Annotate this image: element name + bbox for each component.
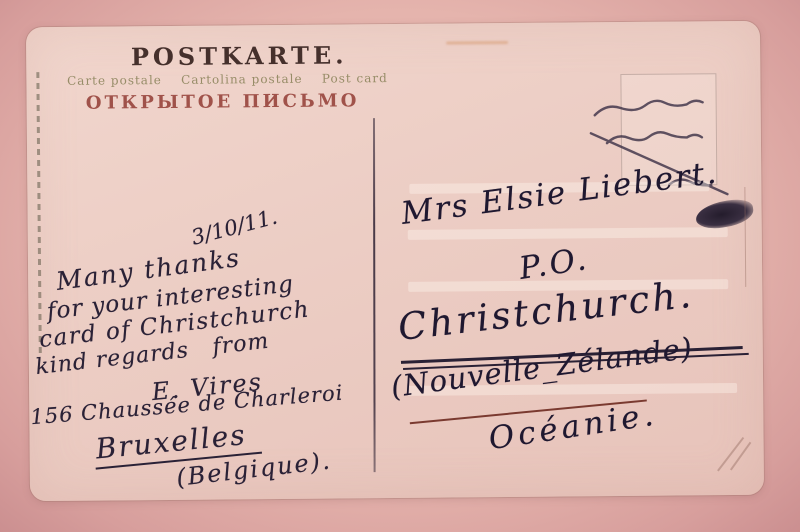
postcard-title: POSTKARTE. <box>74 40 404 72</box>
paper-smudge <box>446 41 508 45</box>
postcard-subtitle-cyrillic: ОТКРЫТОЕ ПИСЬМО <box>73 90 373 114</box>
corner-crease <box>730 442 751 471</box>
postcard-subtitle-multilingual: Carte postale Cartolina postale Post car… <box>32 71 422 88</box>
postcard: POSTKARTE. Carte postale Cartolina posta… <box>26 21 764 501</box>
address-rule <box>408 227 728 240</box>
divider-rule <box>373 118 376 472</box>
publisher-imprint <box>36 72 41 357</box>
address-recipient: Mrs Elsie Liebert. <box>399 155 720 232</box>
